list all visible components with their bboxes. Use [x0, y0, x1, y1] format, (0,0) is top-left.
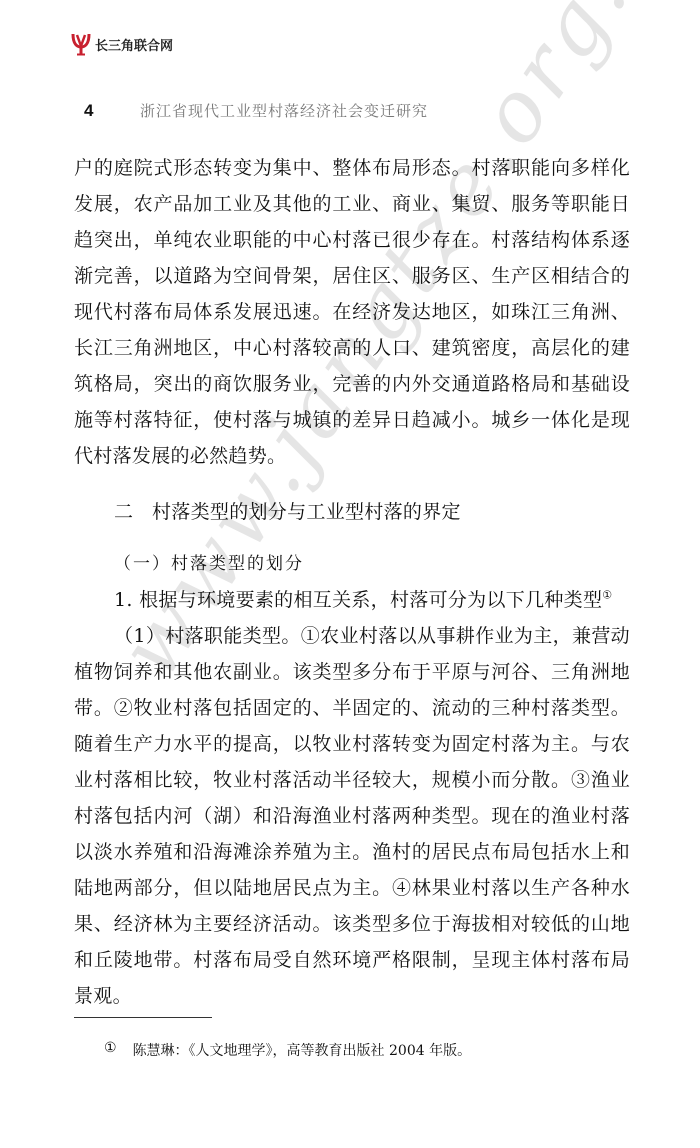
page-number: 4: [84, 101, 140, 121]
footnote-divider: [74, 1017, 212, 1018]
paragraph-text: 1. 根据与环境要素的相互关系，村落可分为以下几种类型: [114, 589, 602, 611]
paragraph: （1）村落职能类型。①农业村落以从事耕作业为主，兼营动植物饲养和其他农副业。该类…: [74, 618, 630, 1014]
running-head: 4 浙江省现代工业型村落经济社会变迁研究: [84, 100, 428, 121]
body-text: 户的庭院式形态转变为集中、整体布局形态。村落职能向多样化发展，农产品加工业及其他…: [74, 150, 630, 1014]
footnote: ① 陈慧琳：《人文地理学》，高等教育出版社 2004 年版。: [104, 1040, 471, 1060]
section-number: 二: [114, 494, 152, 530]
footnote-text: 陈慧琳：《人文地理学》，高等教育出版社 2004 年版。: [133, 1040, 472, 1060]
subsection-heading: （一）村落类型的划分: [74, 546, 630, 582]
logo-text: 长三角联合网: [95, 35, 173, 54]
paragraph: 户的庭院式形态转变为集中、整体布局形态。村落职能向多样化发展，农产品加工业及其他…: [74, 150, 630, 474]
psi-logo-icon: [71, 32, 91, 56]
book-title: 浙江省现代工业型村落经济社会变迁研究: [140, 100, 428, 121]
section-heading: 二村落类型的划分与工业型村落的界定: [74, 494, 630, 530]
section-title: 村落类型的划分与工业型村落的界定: [152, 501, 461, 523]
paragraph: 1. 根据与环境要素的相互关系，村落可分为以下几种类型①: [74, 582, 630, 618]
footnote-reference[interactable]: ①: [602, 589, 612, 602]
footnote-marker: ①: [104, 1040, 117, 1060]
site-logo: 长三角联合网: [71, 32, 173, 56]
